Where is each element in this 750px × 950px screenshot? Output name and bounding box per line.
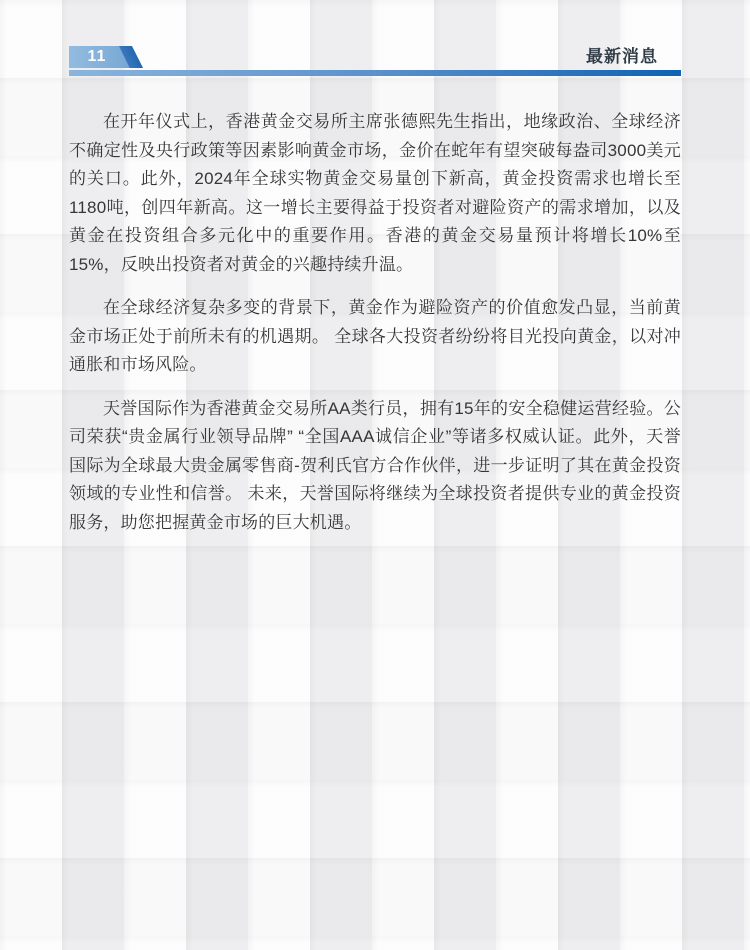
page-header: 11 最新消息 <box>69 0 681 80</box>
article-paragraph-2: 在全球经济复杂多变的背景下，黄金作为避险资产的价值愈发凸显，当前黄金市场正处于前… <box>69 294 681 380</box>
article-paragraph-3: 天誉国际作为香港黄金交易所AA类行员，拥有15年的安全稳健运营经验。公司荣获“贵… <box>69 395 681 538</box>
article-body: 在开年仪式上，香港黄金交易所主席张德熙先生指出，地缘政治、全球经济不确定性及央行… <box>69 108 681 552</box>
section-title: 最新消息 <box>586 46 658 68</box>
page-number: 11 <box>69 46 125 68</box>
header-divider-bar <box>69 70 681 76</box>
document-page: 11 最新消息 在开年仪式上，香港黄金交易所主席张德熙先生指出，地缘政治、全球经… <box>0 0 750 950</box>
article-paragraph-1: 在开年仪式上，香港黄金交易所主席张德熙先生指出，地缘政治、全球经济不确定性及央行… <box>69 108 681 279</box>
page-number-badge: 11 <box>69 46 143 68</box>
